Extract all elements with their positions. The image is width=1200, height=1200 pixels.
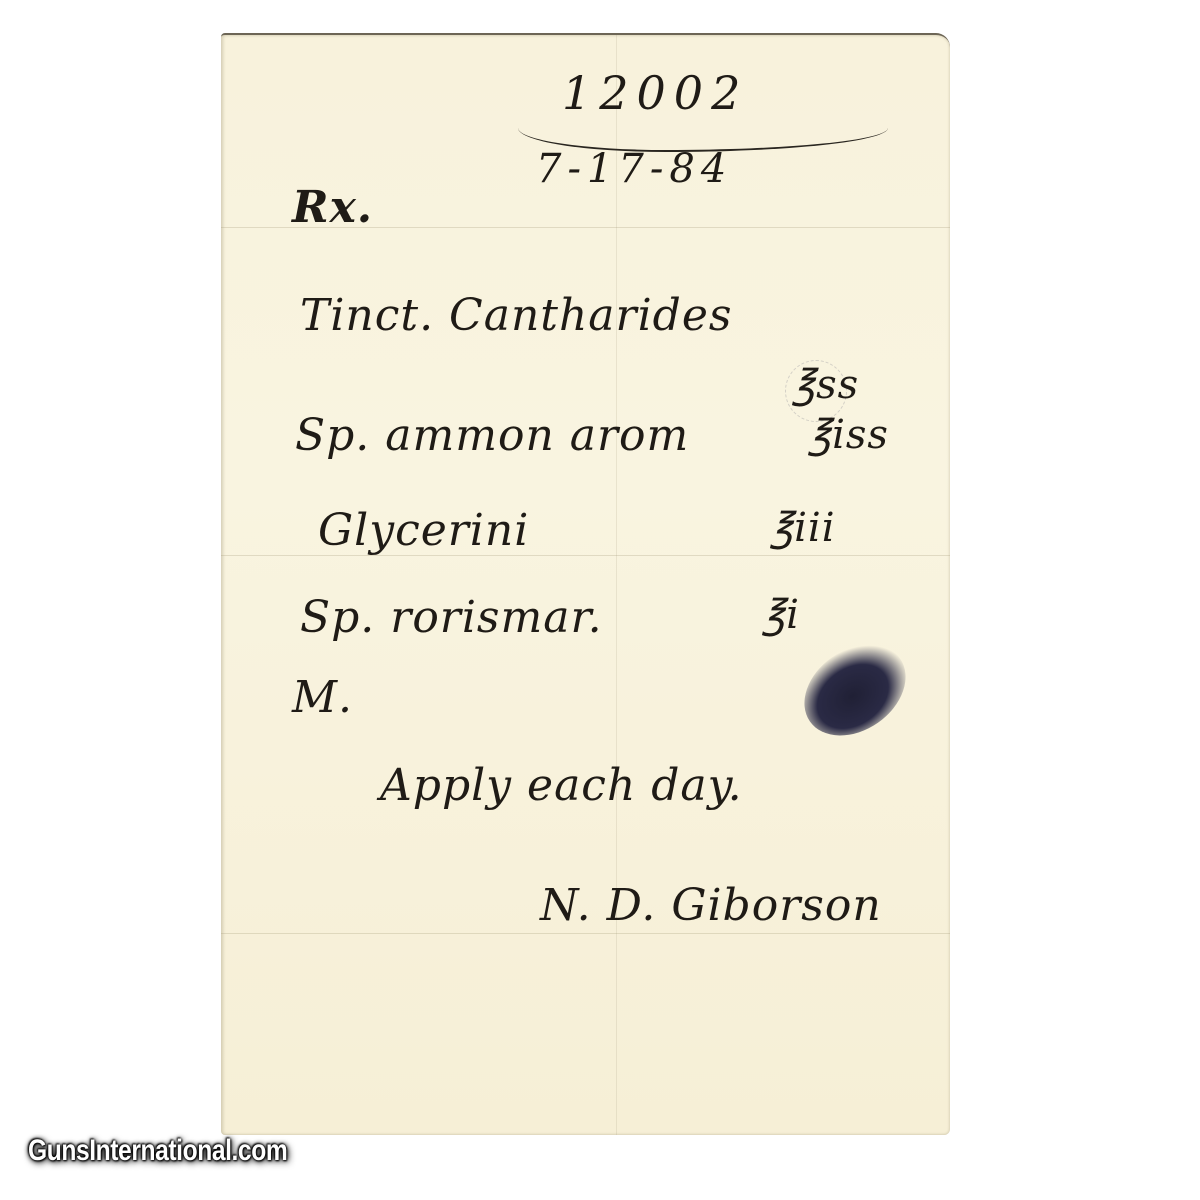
mix-symbol: M. (292, 672, 353, 723)
ingredient-name: Glycerini (318, 505, 529, 556)
ingredient-name: Sp. ammon arom (295, 410, 689, 461)
paper-fold-line (221, 933, 950, 934)
ingredient-dose: ℥i (762, 592, 800, 638)
paper-fold-line-vertical (616, 35, 617, 1135)
ingredient-dose: ℥ss (792, 362, 859, 408)
prescription-date: 7-17-84 (536, 146, 732, 192)
rx-symbol: Rx. (292, 182, 373, 233)
ingredient-dose: ℥iss (808, 412, 889, 458)
prescription-number: 12002 (562, 66, 748, 120)
watermark-logo: GunsInternational.com (28, 1134, 287, 1168)
instructions-text: Apply each day. (380, 760, 743, 811)
physician-signature: N. D. Giborson (540, 880, 882, 931)
ingredient-name: Tinct. Cantharides (300, 290, 732, 341)
ingredient-name: Sp. rorismar. (300, 592, 603, 643)
ingredient-dose: ℥iii (770, 505, 835, 551)
